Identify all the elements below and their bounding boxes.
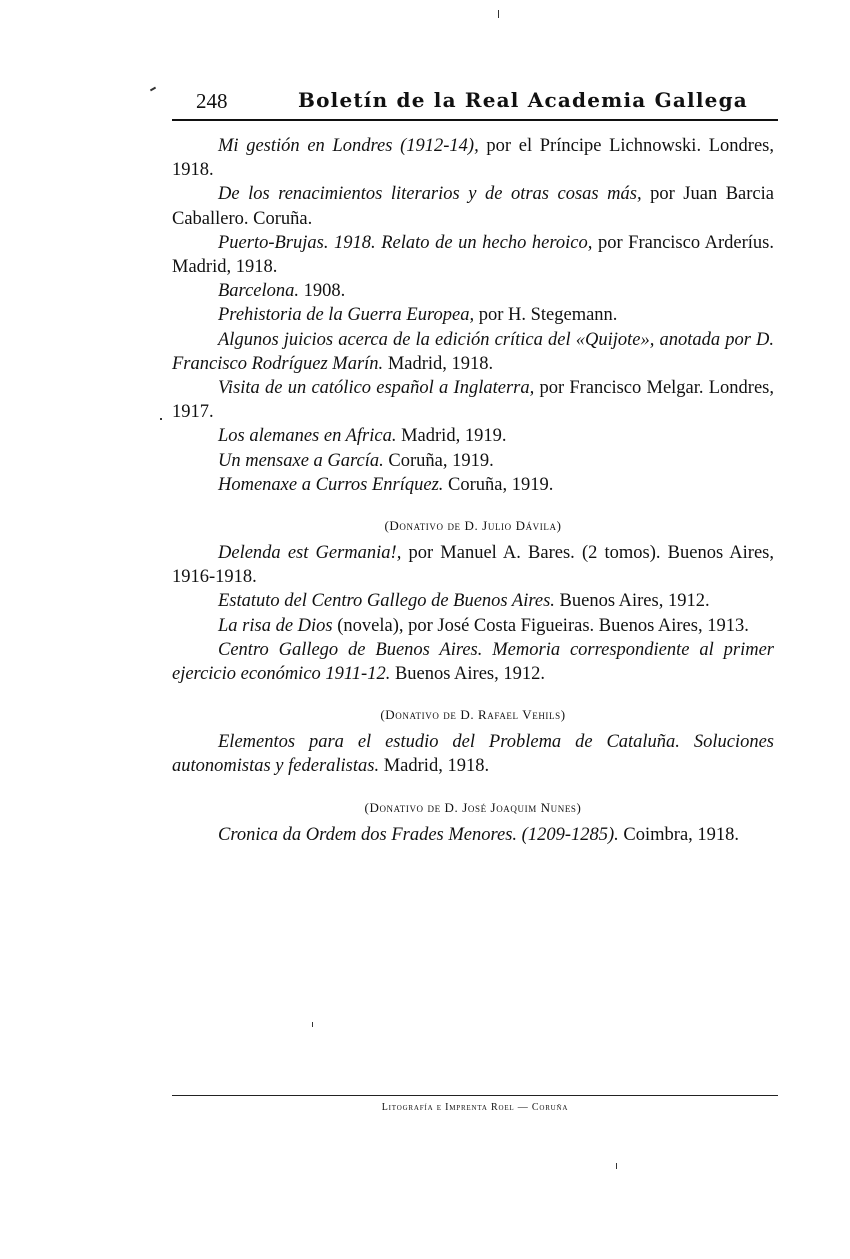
entry-title: Un mensaxe a García. — [218, 451, 384, 471]
printer-imprint: Litografía e Imprenta Roel — Coruña — [172, 1102, 778, 1113]
list-item: Delenda est Germania!, por Manuel A. Bar… — [172, 541, 774, 589]
entry-details: Buenos Aires, 1912. — [555, 591, 710, 611]
entry-title: Visita de un católico español a Inglater… — [218, 378, 534, 398]
list-item: La risa de Dios (novela), por José Costa… — [172, 614, 774, 638]
entry-details: Coimbra, 1918. — [619, 825, 739, 845]
list-item: Prehistoria de la Guerra Europea, por H.… — [172, 303, 774, 327]
list-item: Los alemanes en Africa. Madrid, 1919. — [172, 424, 774, 448]
entry-title: Prehistoria de la Guerra Europea, — [218, 305, 474, 325]
entry-title: La risa de Dios — [218, 616, 333, 636]
scan-speck — [312, 1022, 313, 1027]
donation-heading: (Donativo de D. José Joaquim Nunes) — [172, 798, 774, 818]
entry-title: Cronica da Ordem dos Frades Menores. (12… — [218, 825, 619, 845]
entry-title: De los renacimientos literarios y de otr… — [218, 184, 642, 204]
list-item: Algunos juicios acerca de la edición crí… — [172, 328, 774, 376]
entry-title: Los alemanes en Africa. — [218, 426, 396, 446]
entry-details: Madrid, 1918. — [383, 354, 493, 374]
entry-details: Coruña, 1919. — [443, 475, 553, 495]
entry-title: Estatuto del Centro Gallego de Buenos Ai… — [218, 591, 555, 611]
list-item: De los renacimientos literarios y de otr… — [172, 182, 774, 230]
entry-title: Homenaxe a Curros Enríquez. — [218, 475, 443, 495]
header-rule — [172, 119, 778, 121]
running-title: Boletín de la Real Academia Gallega — [298, 88, 748, 112]
page-number: 248 — [196, 89, 228, 114]
donation-heading: (Donativo de D. Julio Dávila) — [172, 516, 774, 536]
list-item: Puerto-Brujas. 1918. Relato de un hecho … — [172, 231, 774, 279]
entry-details: (novela), por José Costa Figueiras. Buen… — [333, 616, 749, 636]
entry-details: Madrid, 1919. — [396, 426, 506, 446]
entry-details: Buenos Aires, 1912. — [390, 664, 545, 684]
scan-speck — [498, 10, 499, 18]
list-item: Barcelona. 1908. — [172, 279, 774, 303]
entry-details: por H. Stegemann. — [474, 305, 617, 325]
donation-heading: (Donativo de D. Rafael Vehils) — [172, 705, 774, 725]
scan-speck — [160, 418, 162, 420]
entry-title: Barcelona. — [218, 281, 299, 301]
list-item: Mi gestión en Londres (1912-14), por el … — [172, 134, 774, 182]
footer-rule — [172, 1095, 778, 1096]
list-item: Estatuto del Centro Gallego de Buenos Ai… — [172, 589, 774, 613]
list-item: Cronica da Ordem dos Frades Menores. (12… — [172, 823, 774, 847]
list-item: Centro Gallego de Buenos Aires. Memoria … — [172, 638, 774, 686]
list-item: Elementos para el estudio del Problema d… — [172, 730, 774, 778]
entry-details: Madrid, 1918. — [379, 756, 489, 776]
entry-details: Coruña, 1919. — [384, 451, 494, 471]
entry-title: Delenda est Germania!, — [218, 543, 401, 563]
entry-details: 1908. — [299, 281, 345, 301]
list-item: Homenaxe a Curros Enríquez. Coruña, 1919… — [172, 473, 774, 497]
scan-speck — [150, 87, 156, 92]
bibliography-list: Mi gestión en Londres (1912-14), por el … — [172, 134, 774, 847]
list-item: Visita de un católico español a Inglater… — [172, 376, 774, 424]
entry-title: Puerto-Brujas. 1918. Relato de un hecho … — [218, 233, 592, 253]
scan-speck — [616, 1163, 617, 1169]
list-item: Un mensaxe a García. Coruña, 1919. — [172, 449, 774, 473]
page-header: 248 Boletín de la Real Academia Gallega — [172, 84, 776, 120]
entry-title: Mi gestión en Londres (1912-14), — [218, 136, 479, 156]
